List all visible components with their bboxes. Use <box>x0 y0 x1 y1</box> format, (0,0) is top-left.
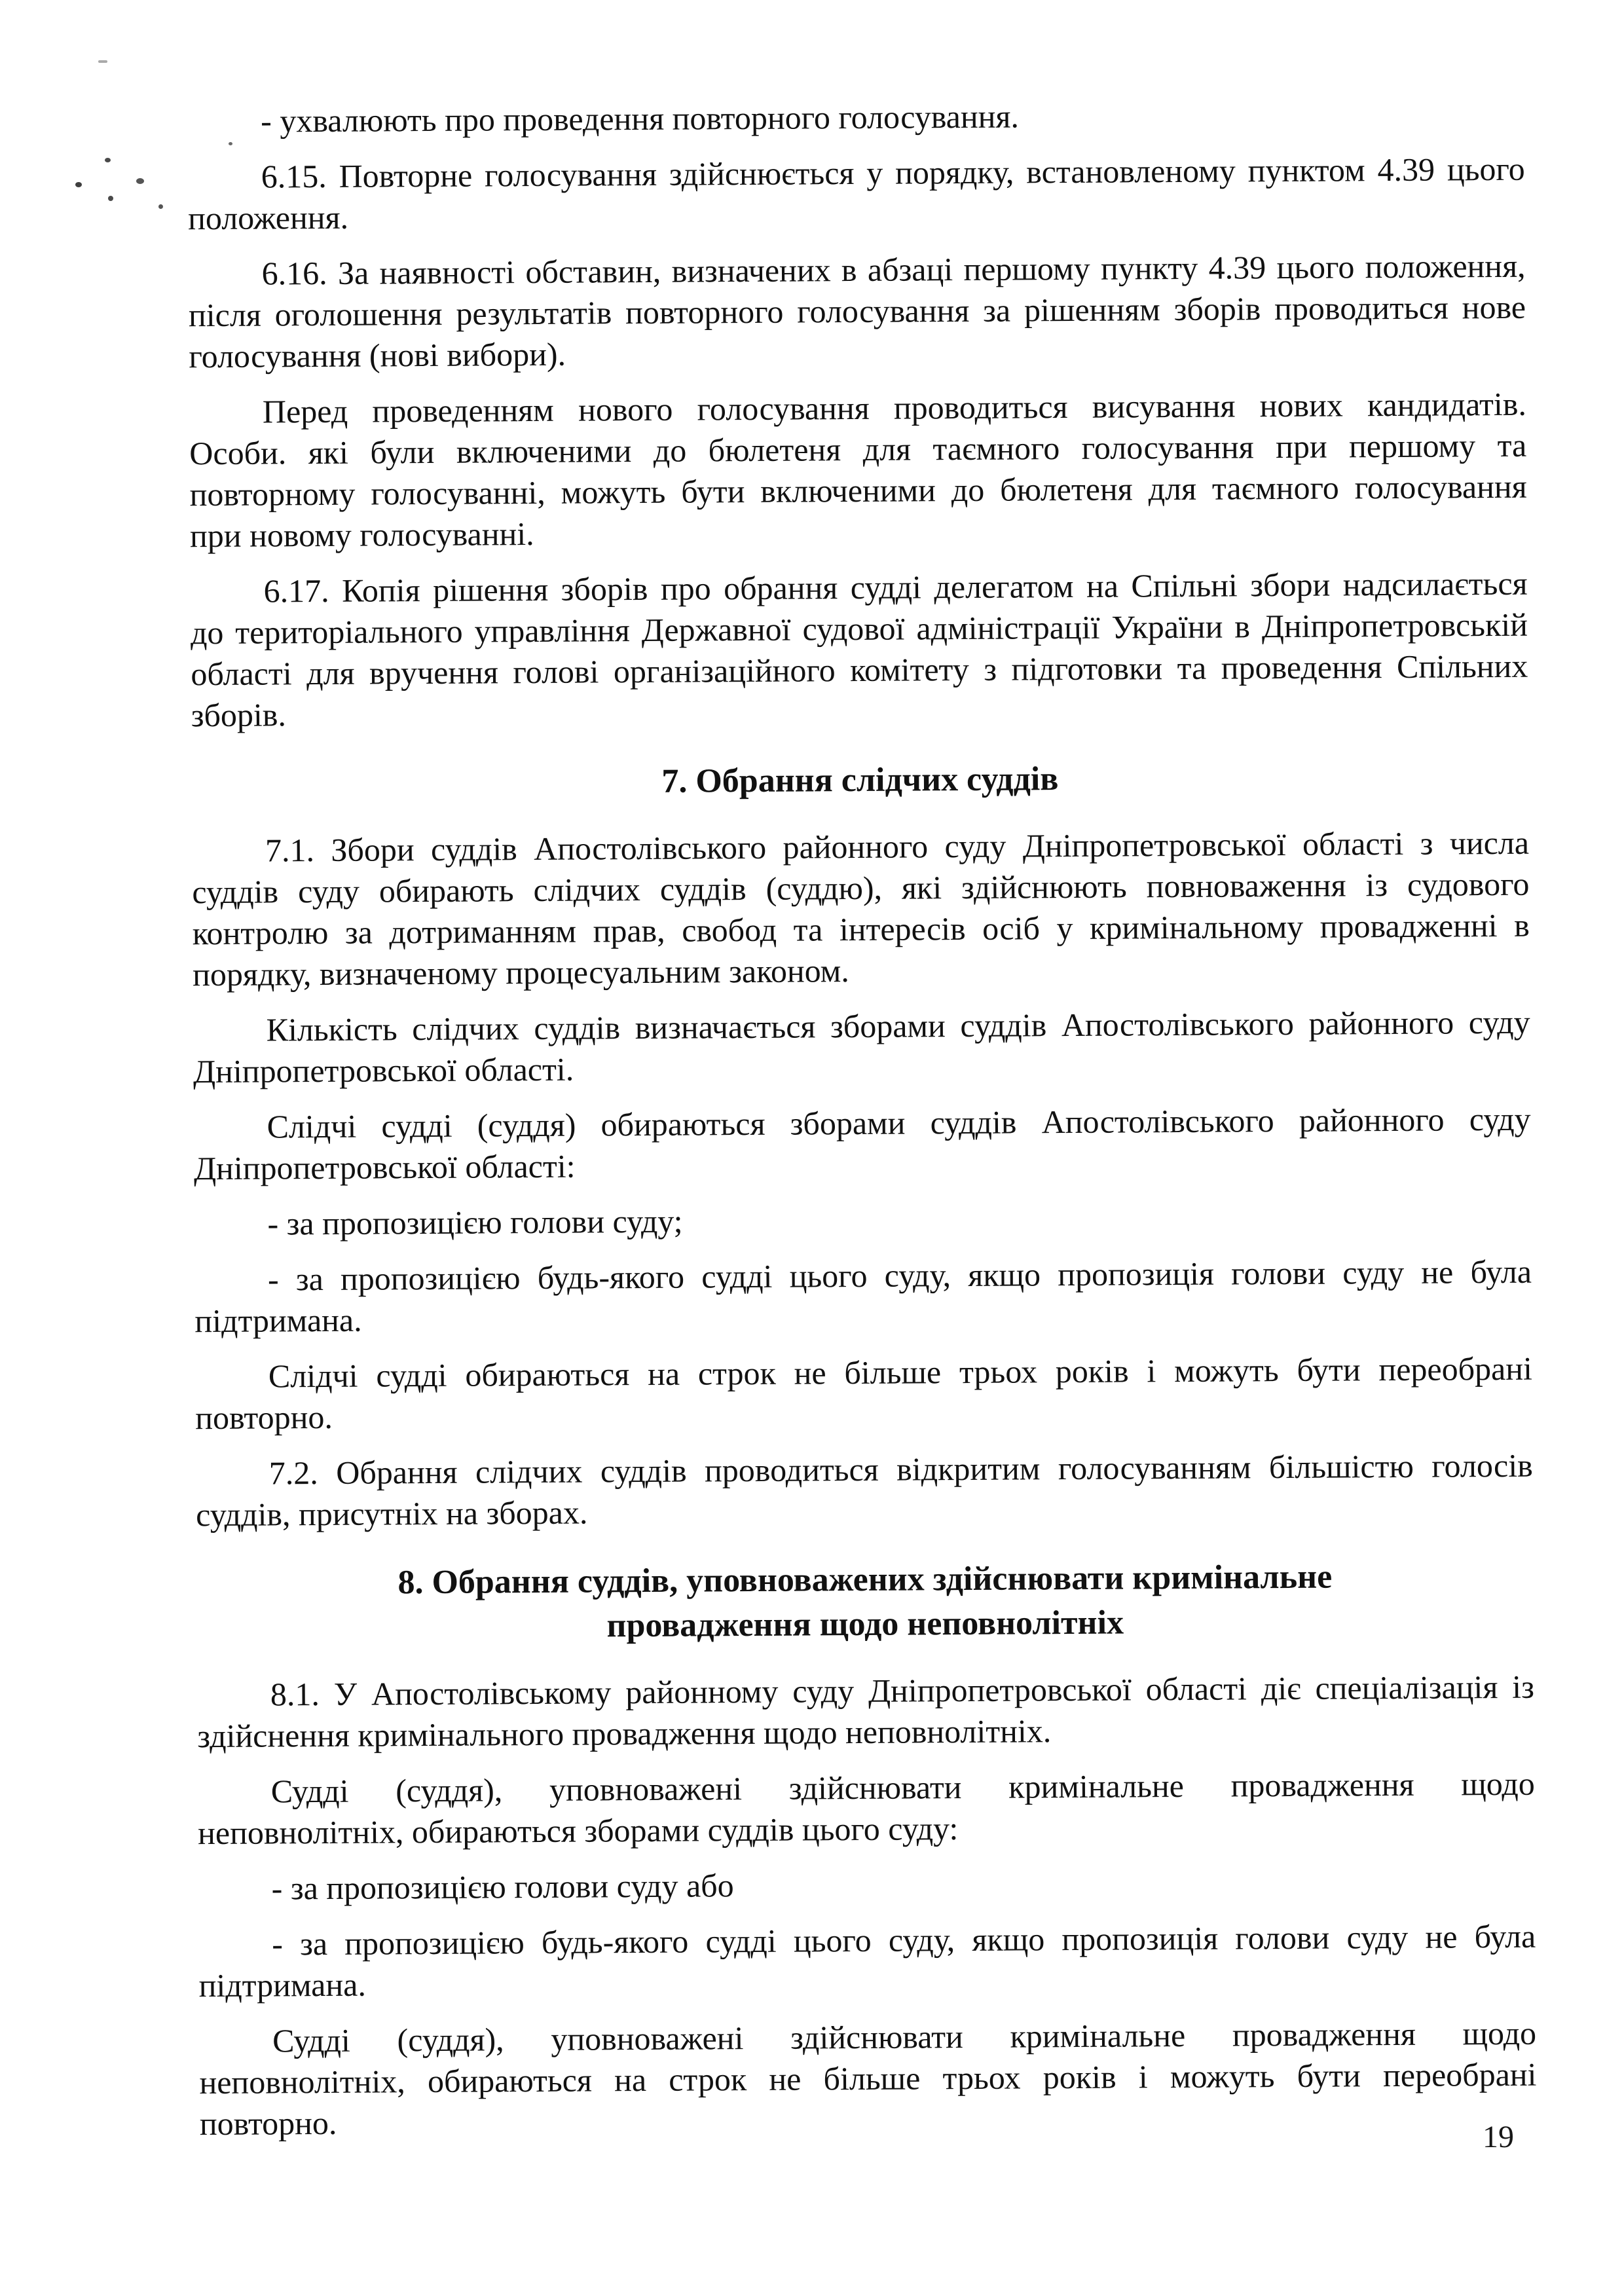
scan-noise-speck <box>108 196 113 201</box>
text-line: - ухвалюють про проведення повторного го… <box>187 93 1524 142</box>
text-line: 7.2. Обрання слідчих суддів проводиться … <box>196 1445 1533 1494</box>
paragraph: Слідчі судді (суддя) обираються зборами … <box>193 1099 1531 1189</box>
paragraph: 7.1. Збори суддів Апостолівського районн… <box>192 822 1530 995</box>
scan-noise-speck <box>158 204 163 209</box>
paragraph: Судді (суддя), уповноважені здійснювати … <box>199 2013 1537 2145</box>
section-heading: 8. Обрання суддів, уповноважених здійсню… <box>196 1554 1534 1651</box>
paragraph: - ухвалюють про проведення повторного го… <box>187 93 1524 142</box>
text-line: повторному голосуванні, можуть бути вклю… <box>190 466 1527 515</box>
paragraph: Перед проведенням нового голосування про… <box>189 384 1528 557</box>
text-line: повторно. <box>195 1390 1532 1439</box>
text-line: положення. <box>188 190 1525 239</box>
page-number: 19 <box>1483 2120 1514 2154</box>
text-line: при новому голосуванні. <box>190 507 1527 557</box>
paragraph: 7.2. Обрання слідчих суддів проводиться … <box>196 1445 1534 1536</box>
paragraph: 6.16. За наявності обставин, визначених … <box>188 246 1526 377</box>
text-line: Дніпропетровської області: <box>194 1140 1531 1189</box>
text-line: - за пропозицією будь-якого судді цього … <box>194 1251 1532 1300</box>
text-line: підтримана. <box>198 1957 1536 2006</box>
scan-noise-speck <box>105 158 111 162</box>
text-line: - за пропозицією будь-якого судді цього … <box>198 1916 1536 1965</box>
paragraph: 8.1. У Апостолівському районному суду Дн… <box>197 1667 1535 1757</box>
text-line: - за пропозицією голови суду; <box>194 1196 1531 1245</box>
text-line: Кількість слідчих суддів визначається зб… <box>193 1002 1530 1051</box>
document-text-body: - ухвалюють про проведення повторного го… <box>187 93 1537 2145</box>
text-line: 8. Обрання суддів, уповноважених здійсню… <box>196 1554 1534 1606</box>
section-heading: 7. Обрання слідчих суддів <box>191 754 1528 807</box>
text-line: області для вручення голові організаційн… <box>191 646 1528 695</box>
text-line: порядку, визначеному процесуальним закон… <box>193 946 1530 995</box>
paragraph: - за пропозицією голови суду або <box>198 1860 1536 1909</box>
paragraph: - за пропозицією будь-якого судді цього … <box>194 1251 1532 1342</box>
text-line: - за пропозицією голови суду або <box>198 1860 1536 1909</box>
paragraph: Судді (суддя), уповноважені здійснювати … <box>198 1763 1536 1854</box>
text-line: 8.1. У Апостолівському районному суду Дн… <box>197 1667 1534 1716</box>
text-line: неповнолітніх, обираються на строк не бі… <box>199 2054 1536 2103</box>
text-line: Слідчі судді (суддя) обираються зборами … <box>193 1099 1530 1148</box>
paragraph: - за пропозицією голови суду; <box>194 1196 1531 1245</box>
paragraph: Кількість слідчих суддів визначається зб… <box>193 1002 1530 1092</box>
text-line: провадження щодо неповнолітніх <box>196 1598 1534 1651</box>
text-line: Дніпропетровської області. <box>193 1043 1530 1092</box>
text-line: після оголошення результатів повторного … <box>189 287 1526 336</box>
text-line: суддів, присутніх на зборах. <box>196 1486 1533 1536</box>
text-line: зборів. <box>191 687 1528 736</box>
paragraph: - за пропозицією будь-якого судді цього … <box>198 1916 1536 2006</box>
paragraph: Слідчі судді обираються на строк не біль… <box>195 1348 1533 1439</box>
paragraph: 6.15. Повторне голосування здійснюється … <box>188 149 1526 239</box>
text-line: 6.15. Повторне голосування здійснюється … <box>188 149 1525 198</box>
text-line: здійснення кримінального провадження щод… <box>197 1708 1534 1757</box>
text-line: Слідчі судді обираються на строк не біль… <box>195 1348 1532 1397</box>
text-line: контролю за дотриманням прав, свобод та … <box>193 905 1530 954</box>
text-line: підтримана. <box>194 1293 1532 1342</box>
scan-noise-speck <box>98 60 107 63</box>
text-line: повторно. <box>200 2095 1537 2145</box>
scan-noise-speck <box>75 182 82 187</box>
paragraph: 6.17. Копія рішення зборів про обрання с… <box>190 563 1528 736</box>
text-line: неповнолітніх, обираються зборами суддів… <box>198 1805 1535 1854</box>
text-line: 7. Обрання слідчих суддів <box>191 754 1528 807</box>
scan-noise-speck <box>136 178 144 184</box>
text-line: Судді (суддя), уповноважені здійснювати … <box>198 1763 1535 1813</box>
text-line: голосування (нові вибори). <box>189 328 1526 377</box>
scanned-document-page: - ухвалюють про проведення повторного го… <box>0 0 1624 2284</box>
